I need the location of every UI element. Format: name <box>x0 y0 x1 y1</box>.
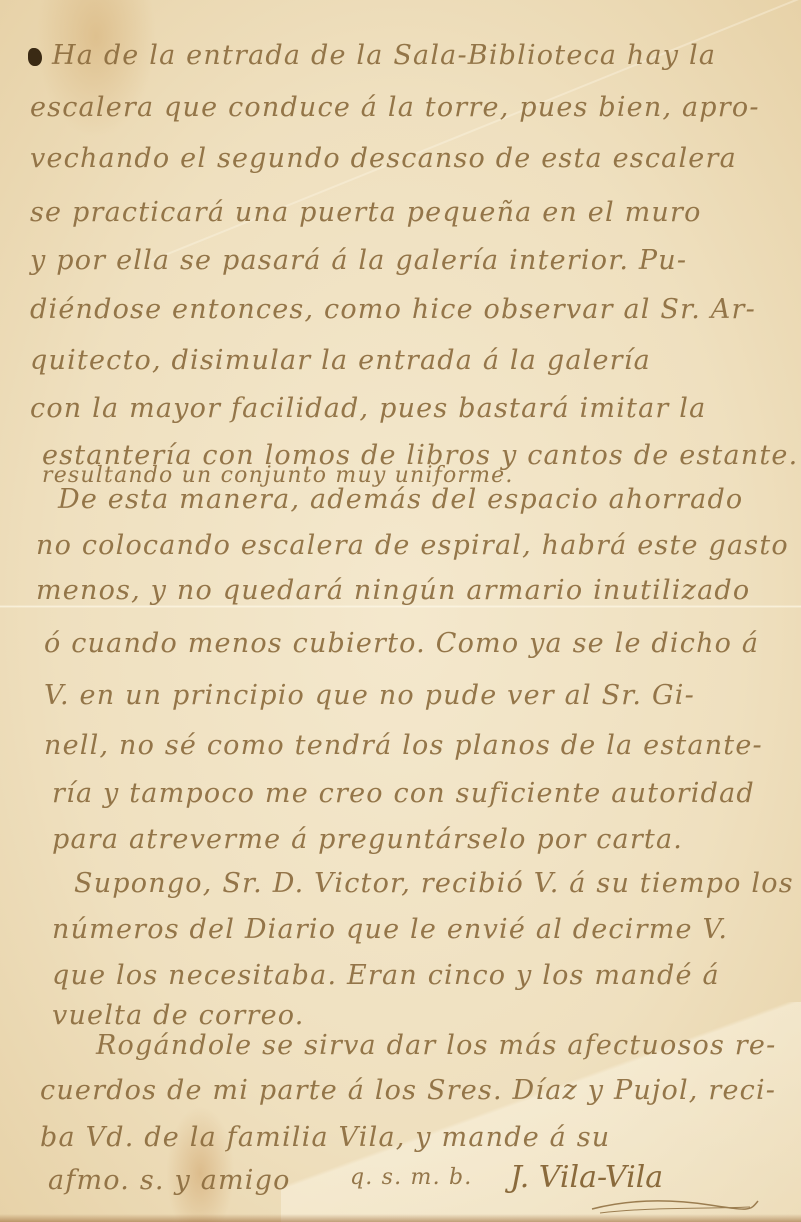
letter-line-2: escalera que conduce á la torre, pues bi… <box>30 92 760 123</box>
letter-line-4: se practicará una puerta pequeña en el m… <box>30 197 702 228</box>
letter-line-25: ba Vd. de la familia Vila, y mande á su <box>40 1122 610 1153</box>
letter-line-18: para atreverme á preguntárselo por carta… <box>52 824 683 855</box>
letter-line-16: nell, no sé como tendrá los planos de la… <box>44 730 763 761</box>
letter-line-23: Rogándole se sirva dar los más afectuoso… <box>96 1030 776 1061</box>
letter-line-22: vuelta de correo. <box>52 1000 305 1031</box>
letter-line-11: De esta manera, además del espacio ahorr… <box>58 484 743 515</box>
letter-line-1: Ha de la entrada de la Sala-Biblioteca h… <box>52 40 716 71</box>
letter-line-13: menos, y no quedará ningún armario inuti… <box>36 575 750 606</box>
letter-line-8: con la mayor facilidad, pues bastará imi… <box>30 393 706 424</box>
letter-line-20: números del Diario que le envié al decir… <box>52 914 728 945</box>
signature-flourish-icon <box>590 1195 760 1215</box>
letter-line-6: diéndose entonces, como hice observar al… <box>30 294 756 325</box>
letter-line-19: Supongo, Sr. D. Victor, recibió V. á su … <box>74 868 794 899</box>
letter-line-17: ría y tampoco me creo con suficiente aut… <box>52 778 755 809</box>
letter-line-14: ó cuando menos cubierto. Como ya se le d… <box>44 628 759 659</box>
letter-line-7: quitecto, disimular la entrada á la gale… <box>30 345 651 376</box>
closing-abbreviation: q. s. m. b. <box>350 1165 472 1190</box>
letter-line-5: y por ella se pasará á la galería interi… <box>30 245 687 276</box>
ink-blot <box>28 48 42 66</box>
letter-line-15: V. en un principio que no pude ver al Sr… <box>44 680 695 711</box>
letter-line-26-closing: afmo. s. y amigo <box>48 1165 291 1196</box>
letter-line-24: cuerdos de mi parte á los Sres. Díaz y P… <box>40 1075 776 1106</box>
signature: J. Vila-Vila <box>510 1160 663 1195</box>
worn-bottom-edge <box>0 1214 801 1222</box>
letter-line-3: vechando el segundo descanso de esta esc… <box>30 143 737 174</box>
letter-line-21: que los necesitaba. Eran cinco y los man… <box>52 960 720 991</box>
letter-line-12: no colocando escalera de espiral, habrá … <box>36 530 789 561</box>
letter-page: Ha de la entrada de la Sala-Biblioteca h… <box>0 0 801 1222</box>
